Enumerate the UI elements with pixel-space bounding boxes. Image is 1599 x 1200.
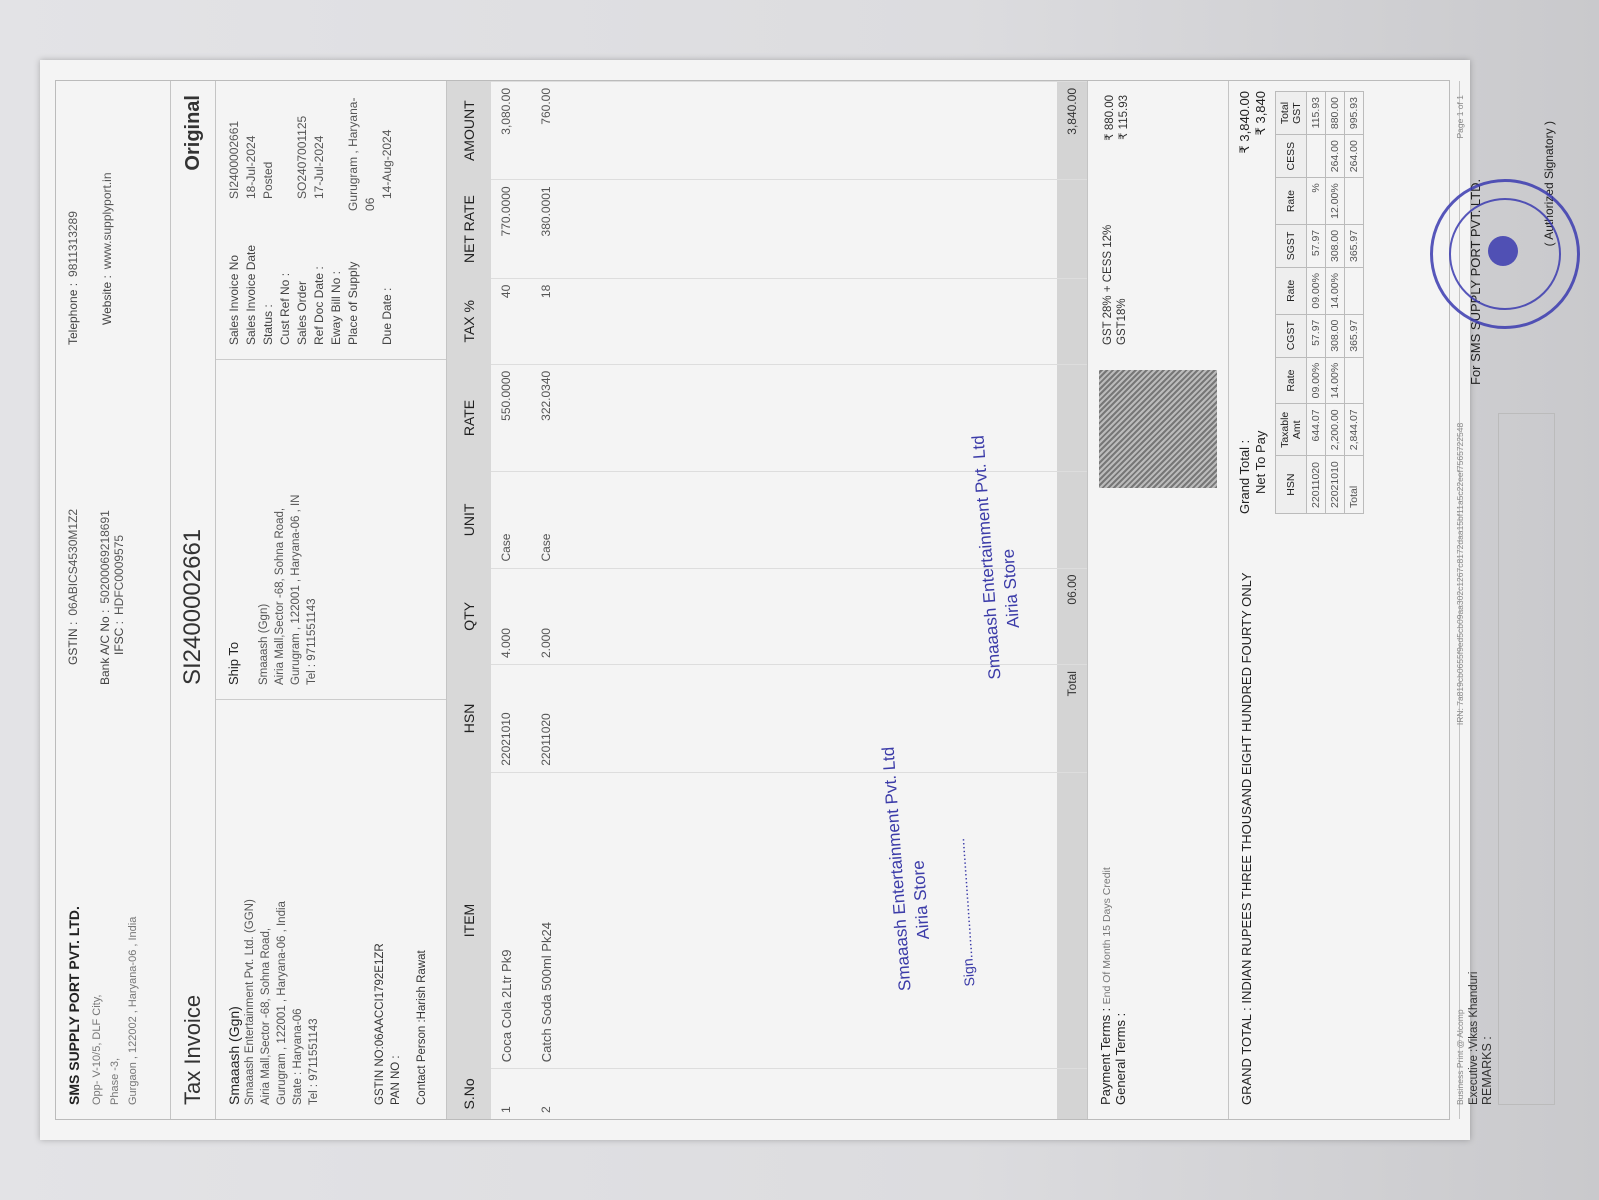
column-header: NET RATE — [447, 180, 491, 278]
contact-person: Contact Person :Harish Rawat — [414, 714, 430, 1105]
tax-summary-label: GST 28% + CESS 12% — [1102, 225, 1116, 345]
invoice-meta-row: Place of SupplyGurugram , Haryana-06 — [345, 95, 379, 345]
hsn-tax-table: HSNTaxable AmtRateCGSTRateSGSTRateCESSTo… — [1275, 91, 1364, 514]
gstin-label: GSTIN : — [66, 622, 80, 665]
table-cell: Case — [531, 472, 571, 568]
table-cell: 40 — [491, 278, 531, 364]
hsn-column-header: CESS — [1276, 135, 1307, 178]
column-header: ITEM — [447, 772, 491, 1068]
tax-summary-row: GST18%₹ 115.93 — [1116, 95, 1130, 345]
print-footer: Business Print @ Alcomp IRN: 7a819cb0655… — [1455, 95, 1465, 1105]
items-total-row: Total06.003,840.00 — [1057, 82, 1087, 1120]
ship-to-line: Airia Mall,Sector -68, Sohna Road, — [272, 374, 288, 685]
ship-to-label: Ship To — [226, 374, 242, 685]
general-terms-label: General Terms : — [1113, 513, 1128, 1105]
hsn-cell: 57.97 — [1307, 314, 1326, 357]
net-to-pay-label: Net To Pay — [1253, 431, 1269, 494]
table-cell: 760.00 — [531, 82, 571, 180]
company-address-line: Opp- V-10/5, DLF City, — [88, 685, 106, 1105]
bill-to-gstin: GSTIN NO:06AACCI1792E1ZR — [372, 714, 388, 1105]
bill-to-line: State : Haryana-06 — [290, 714, 306, 1105]
ship-to-line: Gurugram , 122001 , Haryana-06 , IN — [288, 374, 304, 685]
ship-to: Ship To Smaaash (Ggn) Airia Mall,Sector … — [216, 359, 446, 699]
printed-by: Business Print @ Alcomp — [1455, 1009, 1465, 1105]
total-amount: 3,840.00 — [1057, 82, 1087, 180]
hsn-cell: 308.00 — [1326, 314, 1345, 357]
bill-to-line: Tel : 9711551143 — [306, 714, 322, 1105]
footer-section: Executive :Vikas Khanduri REMARKS : For … — [1460, 81, 1570, 1119]
hsn-column-header: Rate — [1276, 268, 1307, 315]
hsn-cell: 264.00 — [1326, 135, 1345, 178]
hsn-cell: % — [1307, 178, 1326, 225]
remarks-box — [1498, 413, 1555, 1105]
table-cell: 380.0001 — [531, 180, 571, 278]
invoice-frame: SMS SUPPLY PORT PVT. LTD. Opp- V-10/5, D… — [55, 80, 1450, 1120]
meta-value: Posted — [260, 162, 277, 199]
column-header: AMOUNT — [447, 82, 491, 180]
hsn-cell: 12.00% — [1326, 178, 1345, 225]
hsn-cell: 880.00 — [1326, 92, 1345, 135]
meta-value: SO2407001125 — [294, 116, 311, 199]
payment-terms: End Of Month 15 Days Credit — [1101, 867, 1113, 1004]
hsn-column-header: HSN — [1276, 456, 1307, 514]
meta-label: Eway Bill No : — [328, 205, 345, 345]
hsn-cell: 14.00% — [1326, 268, 1345, 315]
column-header: TAX % — [447, 278, 491, 364]
hsn-cell — [1307, 135, 1326, 178]
column-header: S.No — [447, 1069, 491, 1119]
hsn-cell — [1345, 268, 1364, 315]
table-row: 2Catch Soda 500ml Pk24220110202.000Case3… — [531, 82, 571, 1120]
total-label: Total — [1057, 665, 1087, 773]
table-cell: Catch Soda 500ml Pk24 — [531, 772, 571, 1068]
bill-to: Smaaash (Ggn) Smaaash Entertainment Pvt.… — [216, 699, 446, 1119]
company-gstin: 06ABICS4530M1Z2 — [66, 509, 80, 616]
meta-label: Due Date : — [379, 205, 396, 345]
hsn-row: 220210102,200.0014.00%308.0014.00%308.00… — [1326, 92, 1345, 514]
invoice-meta-row: Status :Posted — [260, 95, 277, 345]
invoice-meta-row: Cust Ref No : — [277, 95, 294, 345]
ifsc-code: HDFC0009575 — [112, 535, 126, 615]
table-cell: 22011020 — [531, 665, 571, 773]
irn: IRN: 7a819cb0655f9ed5cb09aa302c1267c8172… — [1455, 423, 1465, 725]
meta-value: Gurugram , Haryana-06 — [345, 95, 379, 211]
tax-summary: GST 28% + CESS 12%₹ 880.00GST18%₹ 115.93 — [1088, 81, 1228, 359]
invoice-meta-row: Sales OrderSO2407001125 — [294, 95, 311, 345]
ship-to-line: Tel : 9711551143 — [304, 374, 320, 685]
invoice-paper: SMS SUPPLY PORT PVT. LTD. Opp- V-10/5, D… — [40, 60, 1470, 1140]
bill-to-line: Airia Mall,Sector -68, Sohna Road, — [258, 714, 274, 1105]
invoice-meta-row: Ref Doc Date :17-Jul-2024 — [311, 95, 328, 345]
remarks-label: REMARKS : — [1480, 413, 1494, 1105]
invoice-meta-row: Due Date :14-Aug-2024 — [379, 95, 396, 345]
payment-terms-label: Payment Terms : — [1098, 1008, 1113, 1105]
hsn-cell: 22021010 — [1326, 456, 1345, 514]
tax-summary-row: GST 28% + CESS 12%₹ 880.00 — [1102, 95, 1116, 345]
hsn-cell — [1345, 178, 1364, 225]
grand-total-value: ₹ 3,840.00 — [1237, 91, 1253, 154]
net-to-pay-value: ₹ 3,840 — [1253, 91, 1269, 135]
meta-label: Sales Invoice Date — [243, 205, 260, 345]
invoice-meta-row: Eway Bill No : — [328, 95, 345, 345]
table-row: 1Coca Cola 2Ltr Pk9220210104.000Case550.… — [491, 82, 531, 1120]
meta-label: Sales Invoice No — [226, 205, 243, 345]
hsn-cell: 308.00 — [1326, 224, 1345, 267]
table-cell: 2.000 — [531, 568, 571, 665]
hsn-column-header: CGST — [1276, 314, 1307, 357]
meta-label: Sales Order — [294, 205, 311, 345]
hsn-cell: 2,844.07 — [1345, 404, 1364, 456]
bill-to-pan: PAN NO : — [388, 714, 404, 1105]
bill-to-line: Gurugram , 122001 , Haryana-06 , India — [274, 714, 290, 1105]
executive-name: Executive :Vikas Khanduri — [1468, 413, 1480, 1105]
hsn-cell: 09.00% — [1307, 268, 1326, 315]
meta-label: Place of Supply — [345, 217, 379, 345]
table-cell: 1 — [491, 1069, 531, 1119]
column-header: HSN — [447, 665, 491, 773]
grand-total-words: GRAND TOTAL : INDIAN RUPEES THREE THOUSA… — [1239, 538, 1254, 1105]
website: www.supplyport.in — [100, 172, 114, 269]
telephone-label: Telephone : — [66, 283, 80, 345]
telephone: 9811313289 — [66, 211, 80, 277]
company-address-line: Gurgaon , 122002 , Haryana-06 , India — [124, 685, 142, 1105]
hsn-cell: 14.00% — [1326, 357, 1345, 404]
copy-label: Original — [182, 95, 205, 171]
table-cell: 3,080.00 — [491, 82, 531, 180]
hsn-cell: 365.97 — [1345, 224, 1364, 267]
invoice-number: SI2400002661 — [179, 171, 207, 685]
receiver-stamp: Smaaash Entertainment Pvt. Ltd Airia Sto… — [878, 742, 981, 992]
tax-summary-value: ₹ 880.00 — [1102, 95, 1116, 141]
company-header: SMS SUPPLY PORT PVT. LTD. Opp- V-10/5, D… — [56, 81, 171, 1119]
hsn-cell: Total — [1345, 456, 1364, 514]
table-cell: 770.0000 — [491, 180, 531, 278]
hsn-column-header: Total GST — [1276, 92, 1307, 135]
hsn-cell: 644.07 — [1307, 404, 1326, 456]
company-address-line: Phase -3, — [106, 685, 124, 1105]
ship-to-line: Smaaash (Ggn) — [256, 374, 272, 685]
bank-account: 50200069218691 — [98, 510, 112, 603]
website-label: Website : — [100, 275, 114, 325]
totals-section: GRAND TOTAL : INDIAN RUPEES THREE THOUSA… — [1229, 81, 1460, 1119]
tax-summary-value: ₹ 115.93 — [1116, 95, 1130, 140]
party-section: Smaaash (Ggn) Smaaash Entertainment Pvt.… — [216, 81, 447, 1119]
hsn-cell: 115.93 — [1307, 92, 1326, 135]
invoice-meta-row: Sales Invoice Date18-Jul-2024 — [243, 95, 260, 345]
hsn-cell: 22011020 — [1307, 456, 1326, 514]
table-cell: Coca Cola 2Ltr Pk9 — [491, 772, 531, 1068]
table-cell: 2 — [531, 1069, 571, 1119]
bill-to-line: Smaaash Entertainment Pvt. Ltd. (GGN) — [242, 714, 258, 1105]
hsn-row: Total2,844.07365.97365.97264.00995.93 — [1345, 92, 1364, 514]
company-seal-icon — [1430, 179, 1580, 329]
hsn-column-header: SGST — [1276, 224, 1307, 267]
qr-code — [1099, 370, 1217, 488]
meta-label: Status : — [260, 205, 277, 345]
hsn-cell: 264.00 — [1345, 135, 1364, 178]
total-qty: 06.00 — [1057, 568, 1087, 665]
ifsc-label: IFSC : — [112, 621, 126, 655]
table-cell: 18 — [531, 278, 571, 364]
bill-to-name: Smaaash (Ggn) — [226, 714, 242, 1105]
table-cell: 22021010 — [491, 665, 531, 773]
hsn-column-header: Rate — [1276, 357, 1307, 404]
table-cell: 550.0000 — [491, 364, 531, 471]
invoice-meta-row: Sales Invoice NoSI2400002661 — [226, 95, 243, 345]
page-indicator: Page 1 of 1 — [1455, 95, 1465, 138]
meta-value: 18-Jul-2024 — [243, 136, 260, 199]
hsn-column-header: Taxable Amt — [1276, 404, 1307, 456]
invoice-paper-rotated: SMS SUPPLY PORT PVT. LTD. Opp- V-10/5, D… — [40, 60, 1470, 1140]
table-cell: 4.000 — [491, 568, 531, 665]
tax-summary-label: GST18% — [1116, 298, 1130, 345]
company-name: SMS SUPPLY PORT PVT. LTD. — [66, 685, 82, 1105]
hsn-row: 22011020644.0709.00%57.9709.00%57.97%115… — [1307, 92, 1326, 514]
meta-value: SI2400002661 — [226, 121, 243, 199]
bank-label: Bank A/C No : — [98, 610, 112, 685]
meta-label: Ref Doc Date : — [311, 205, 328, 345]
invoice-meta: Sales Invoice NoSI2400002661Sales Invoic… — [216, 81, 446, 359]
table-cell: 322.0340 — [531, 364, 571, 471]
hsn-cell: 09.00% — [1307, 357, 1326, 404]
table-cell: Case — [491, 472, 531, 568]
meta-value: 14-Aug-2024 — [379, 130, 396, 199]
hsn-column-header: Rate — [1276, 178, 1307, 225]
hsn-cell: 995.93 — [1345, 92, 1364, 135]
hsn-cell — [1345, 357, 1364, 404]
hsn-cell: 2,200.00 — [1326, 404, 1345, 456]
column-header: QTY — [447, 568, 491, 665]
meta-value: 17-Jul-2024 — [311, 136, 328, 199]
column-header: RATE — [447, 364, 491, 471]
terms-section: Payment Terms : End Of Month 15 Days Cre… — [1087, 81, 1229, 1119]
document-type: Tax Invoice — [180, 685, 206, 1105]
meta-label: Cust Ref No : — [277, 205, 294, 345]
column-header: UNIT — [447, 472, 491, 568]
title-row: Tax Invoice SI2400002661 Original — [171, 81, 216, 1119]
hsn-cell: 365.97 — [1345, 314, 1364, 357]
hsn-cell: 57.97 — [1307, 224, 1326, 267]
grand-total-label: Grand Total : — [1237, 440, 1253, 514]
